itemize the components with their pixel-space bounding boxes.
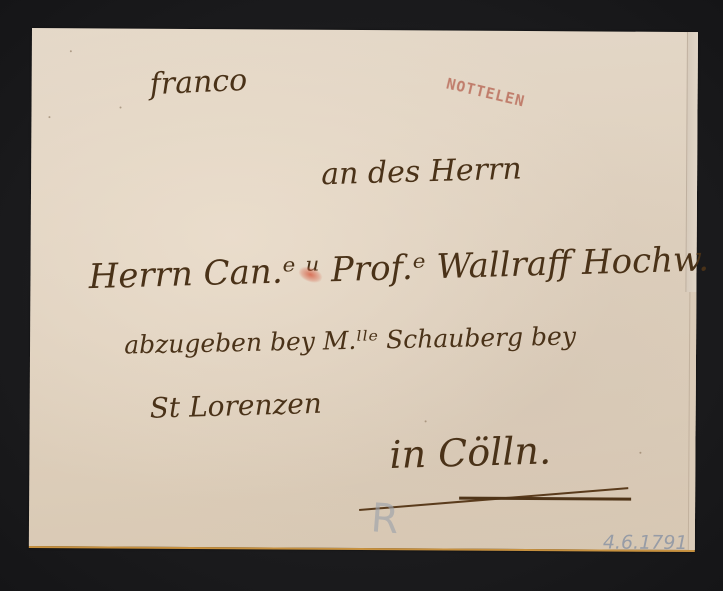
paper-speck [639, 452, 641, 454]
paper-speck [48, 116, 50, 118]
paper-speck [425, 420, 427, 422]
franco-note: franco [149, 63, 248, 102]
pencil-mark-r: R [369, 495, 400, 543]
postmark-stamp: NOTTELEN [445, 75, 527, 111]
pencil-date-note: 4.6.1791 [603, 531, 688, 554]
salutation-line: an des Herrn [321, 152, 522, 193]
address-line-recipient: Herrn Can.ᵉ ᵘ Prof.ᵉ Wallraff Hochw. [88, 239, 709, 297]
paper-speck [120, 107, 122, 109]
paper-speck [70, 50, 72, 52]
address-line-parish: St Lorenzen [149, 387, 322, 425]
destination-city: in Cölln. [389, 428, 552, 477]
address-line-care-of: abzugeben bey M.ˡˡᵉ Schauberg bey [124, 321, 576, 359]
letter-cover: NOTTELEN franco an des Herrn Herrn Can.ᵉ… [29, 28, 698, 552]
